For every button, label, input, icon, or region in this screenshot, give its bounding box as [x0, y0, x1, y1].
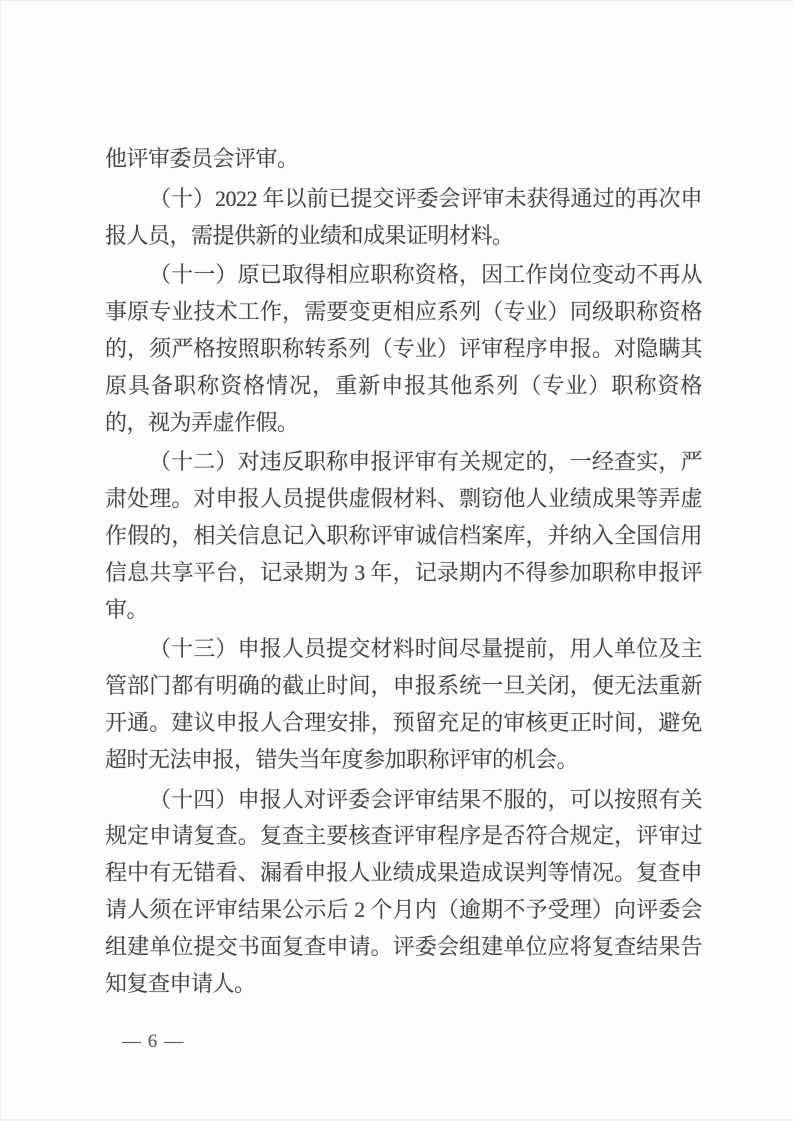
- document-body: 他评审委员会评审。（十）2022 年以前已提交评委会评审未获得通过的再次申报人员…: [105, 141, 702, 1005]
- paragraph-4: （十二）对违反职称申报评审有关规定的，一经查实，严肃处理。对申报人员提供虚假材料…: [105, 444, 702, 628]
- paragraph-1: 他评审委员会评审。: [105, 141, 702, 178]
- paragraph-3: （十一）原已取得相应职称资格，因工作岗位变动不再从事原专业技术工作，需要变更相应…: [105, 257, 702, 441]
- document-page: 他评审委员会评审。（十）2022 年以前已提交评委会评审未获得通过的再次申报人员…: [0, 0, 793, 1121]
- paragraph-2: （十）2022 年以前已提交评委会评审未获得通过的再次申报人员，需提供新的业绩和…: [105, 181, 702, 255]
- paragraph-6: （十四）申报人对评委会评审结果不服的，可以按照有关规定申请复查。复查主要核查评审…: [105, 782, 702, 1003]
- paragraph-5: （十三）申报人员提交材料时间尽量提前，用人单位及主管部门都有明确的截止时间，申报…: [105, 631, 702, 778]
- page-number: — 6 —: [122, 1031, 184, 1053]
